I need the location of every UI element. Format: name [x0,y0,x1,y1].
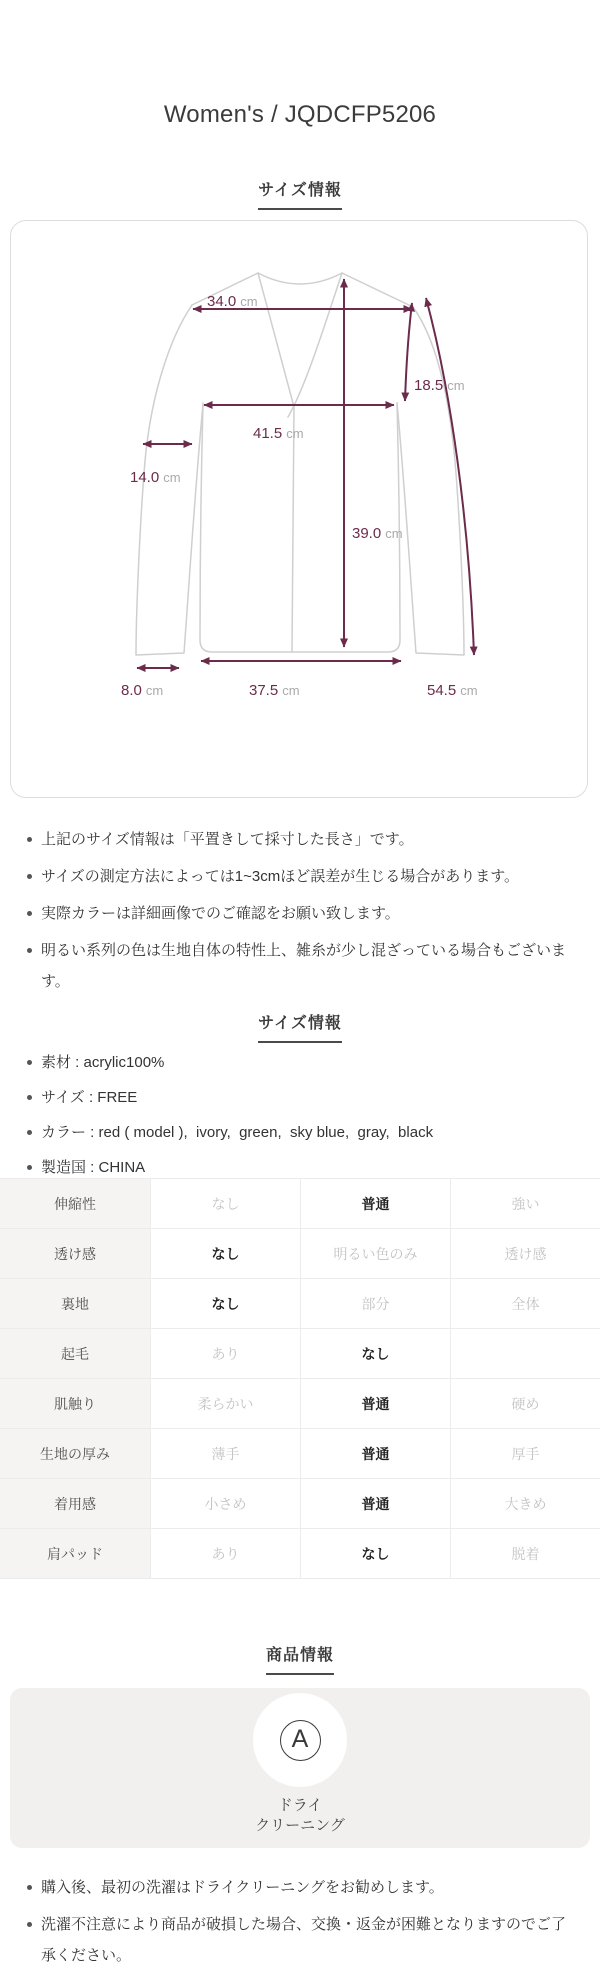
feature-label: 起毛 [0,1329,151,1378]
measurement-label-hem-width: 37.5cm [249,682,300,699]
feature-option: なし [151,1179,301,1228]
feature-label: 着用感 [0,1479,151,1528]
feature-option-selected: なし [151,1279,301,1328]
measurement-labels: 34.0cm 18.5cm 41.5cm 14.0cm 39.0cm 8.0cm… [121,293,478,699]
feature-option [451,1329,600,1378]
feature-label: 裏地 [0,1279,151,1328]
feature-option: 薄手 [151,1429,301,1478]
measure-line-sleeve-length [426,298,474,655]
garment-outline [136,273,464,655]
feature-option-selected: 普通 [301,1179,451,1228]
care-symbol-badge: A [253,1693,347,1787]
measure-line-armhole [405,303,412,401]
product-notes: 購入後、最初の洗濯はドライクリーニングをお勧めします。洗濯不注意により商品が破損… [24,1872,580,1977]
spec-list: 素材 : acrylic100%サイズ : FREEカラー : red ( mo… [24,1045,580,1185]
feature-option: 強い [451,1179,600,1228]
feature-option: 小さめ [151,1479,301,1528]
note-item: 購入後、最初の洗濯はドライクリーニングをお勧めします。 [24,1872,580,1903]
size-notes: 上記のサイズ情報は「平置きして採寸した長さ」です。サイズの測定方法によっては1~… [24,824,580,1003]
feature-option-selected: なし [301,1329,451,1378]
note-item: サイズ : FREE [24,1080,580,1115]
measurement-label-shoulder-width: 34.0cm [207,293,258,310]
note-item: 明るい系列の色は生地自体の特性上、雑糸が少し混ざっている場合もございます。 [24,935,580,997]
measurement-label-sleeve-width: 14.0cm [130,469,181,486]
feature-option: 硬め [451,1379,600,1428]
feature-option-selected: 普通 [301,1379,451,1428]
care-symbol-label: ドライ クリーニング [0,1796,600,1836]
spec-section-heading: サイズ情報 [0,1010,600,1043]
measurement-label-cuff-opening: 8.0cm [121,682,163,699]
feature-row: 着用感小さめ普通大きめ [0,1479,600,1529]
feature-row: 伸縮性なし普通強い [0,1179,600,1229]
feature-option: 透け感 [451,1229,600,1278]
feature-label: 伸縮性 [0,1179,151,1228]
note-item: 素材 : acrylic100% [24,1045,580,1080]
measurement-label-chest-width: 41.5cm [253,425,304,442]
size-section-heading: サイズ情報 [0,177,600,210]
product-section-heading: 商品情報 [0,1642,600,1675]
feature-label: 肌触り [0,1379,151,1428]
feature-row: 透け感なし明るい色のみ透け感 [0,1229,600,1279]
feature-row: 肩パッドありなし脱着 [0,1529,600,1579]
feature-option: 大きめ [451,1479,600,1528]
measurement-label-length: 39.0cm [352,525,403,542]
size-diagram-panel: 34.0cm 18.5cm 41.5cm 14.0cm 39.0cm 8.0cm… [10,220,588,798]
feature-table: 伸縮性なし普通強い透け感なし明るい色のみ透け感裏地なし部分全体起毛ありなし肌触り… [0,1178,600,1579]
feature-option: あり [151,1529,301,1578]
note-item: 上記のサイズ情報は「平置きして採寸した長さ」です。 [24,824,580,855]
feature-option: 明るい色のみ [301,1229,451,1278]
feature-option-selected: なし [151,1229,301,1278]
dry-cleaning-icon: A [280,1720,321,1761]
feature-option-selected: 普通 [301,1479,451,1528]
feature-option: 全体 [451,1279,600,1328]
measurement-label-sleeve-length: 54.5cm [427,682,478,699]
note-item: 実際カラーは詳細画像でのご確認をお願い致します。 [24,898,580,929]
feature-row: 生地の厚み薄手普通厚手 [0,1429,600,1479]
feature-option: 脱着 [451,1529,600,1578]
feature-option: 厚手 [451,1429,600,1478]
feature-row: 肌触り柔らかい普通硬め [0,1379,600,1429]
garment-measurement-diagram: 34.0cm 18.5cm 41.5cm 14.0cm 39.0cm 8.0cm… [11,221,587,797]
feature-option-selected: なし [301,1529,451,1578]
note-item: カラー : red ( model ), ivory, green, sky b… [24,1115,580,1150]
feature-label: 肩パッド [0,1529,151,1578]
feature-row: 裏地なし部分全体 [0,1279,600,1329]
product-detail-page: Women's / JQDCFP5206 サイズ情報 [0,0,600,1980]
feature-label: 透け感 [0,1229,151,1278]
note-item: 洗濯不注意により商品が破損した場合、交換・返金が困難となりますのでご了承ください… [24,1909,580,1971]
feature-label: 生地の厚み [0,1429,151,1478]
note-item: サイズの測定方法によっては1~3cmほど誤差が生じる場合があります。 [24,861,580,892]
feature-option-selected: 普通 [301,1429,451,1478]
feature-row: 起毛ありなし [0,1329,600,1379]
feature-option: 柔らかい [151,1379,301,1428]
feature-option: 部分 [301,1279,451,1328]
measurement-label-armhole: 18.5cm [414,377,465,394]
page-title: Women's / JQDCFP5206 [0,101,600,129]
feature-option: あり [151,1329,301,1378]
